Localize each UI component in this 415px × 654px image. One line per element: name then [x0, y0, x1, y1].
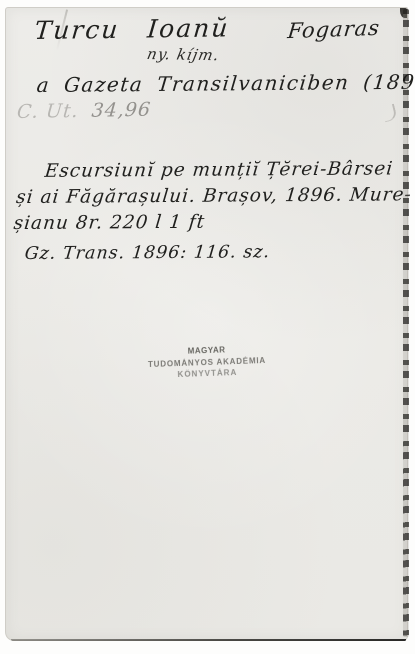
scan-background: Turcu Ioanŭ Fogaras ny. kíjm. a Gazeta T…: [0, 0, 415, 654]
entry-citation-line: Gz. Trans. 1896: 116. sz.: [9, 238, 396, 267]
faint-pencil-mark: [381, 104, 397, 123]
pencil-shelfmark: C. Ut. 34,96: [16, 99, 152, 123]
inserted-annotation: ny. kíjm.: [146, 45, 222, 64]
entry-line: și ai Făgărașului. Brașov, 1896. Mure-: [15, 182, 402, 211]
source-reference-line: a Gazeta Transilvaniciben (1893: [36, 70, 415, 97]
library-stamp: MAGYAR TUDOMÁNYOS AKADÉMIA KÖNYVTÁRA: [147, 343, 266, 382]
catalog-card: Turcu Ioanŭ Fogaras ny. kíjm. a Gazeta T…: [5, 7, 408, 641]
pencil-shelfmark-prefix: C. Ut.: [16, 100, 80, 123]
torn-right-edge: [403, 9, 409, 637]
author-name: Turcu Ioanŭ: [33, 13, 230, 45]
entry-line: Escursiunĭ pe munțiĭ Țĕrei-Bârsei: [17, 156, 404, 185]
place-name: Fogaras: [286, 16, 381, 43]
pencil-shelfmark-number: 34,96: [91, 99, 152, 122]
bibliographic-entry: Escursiunĭ pe munțiĭ Țĕrei-Bârsei și ai …: [9, 156, 404, 267]
bottom-edge-shadow: [11, 639, 406, 641]
entry-line: șianu 8r. 220 l 1 ft: [12, 208, 399, 237]
